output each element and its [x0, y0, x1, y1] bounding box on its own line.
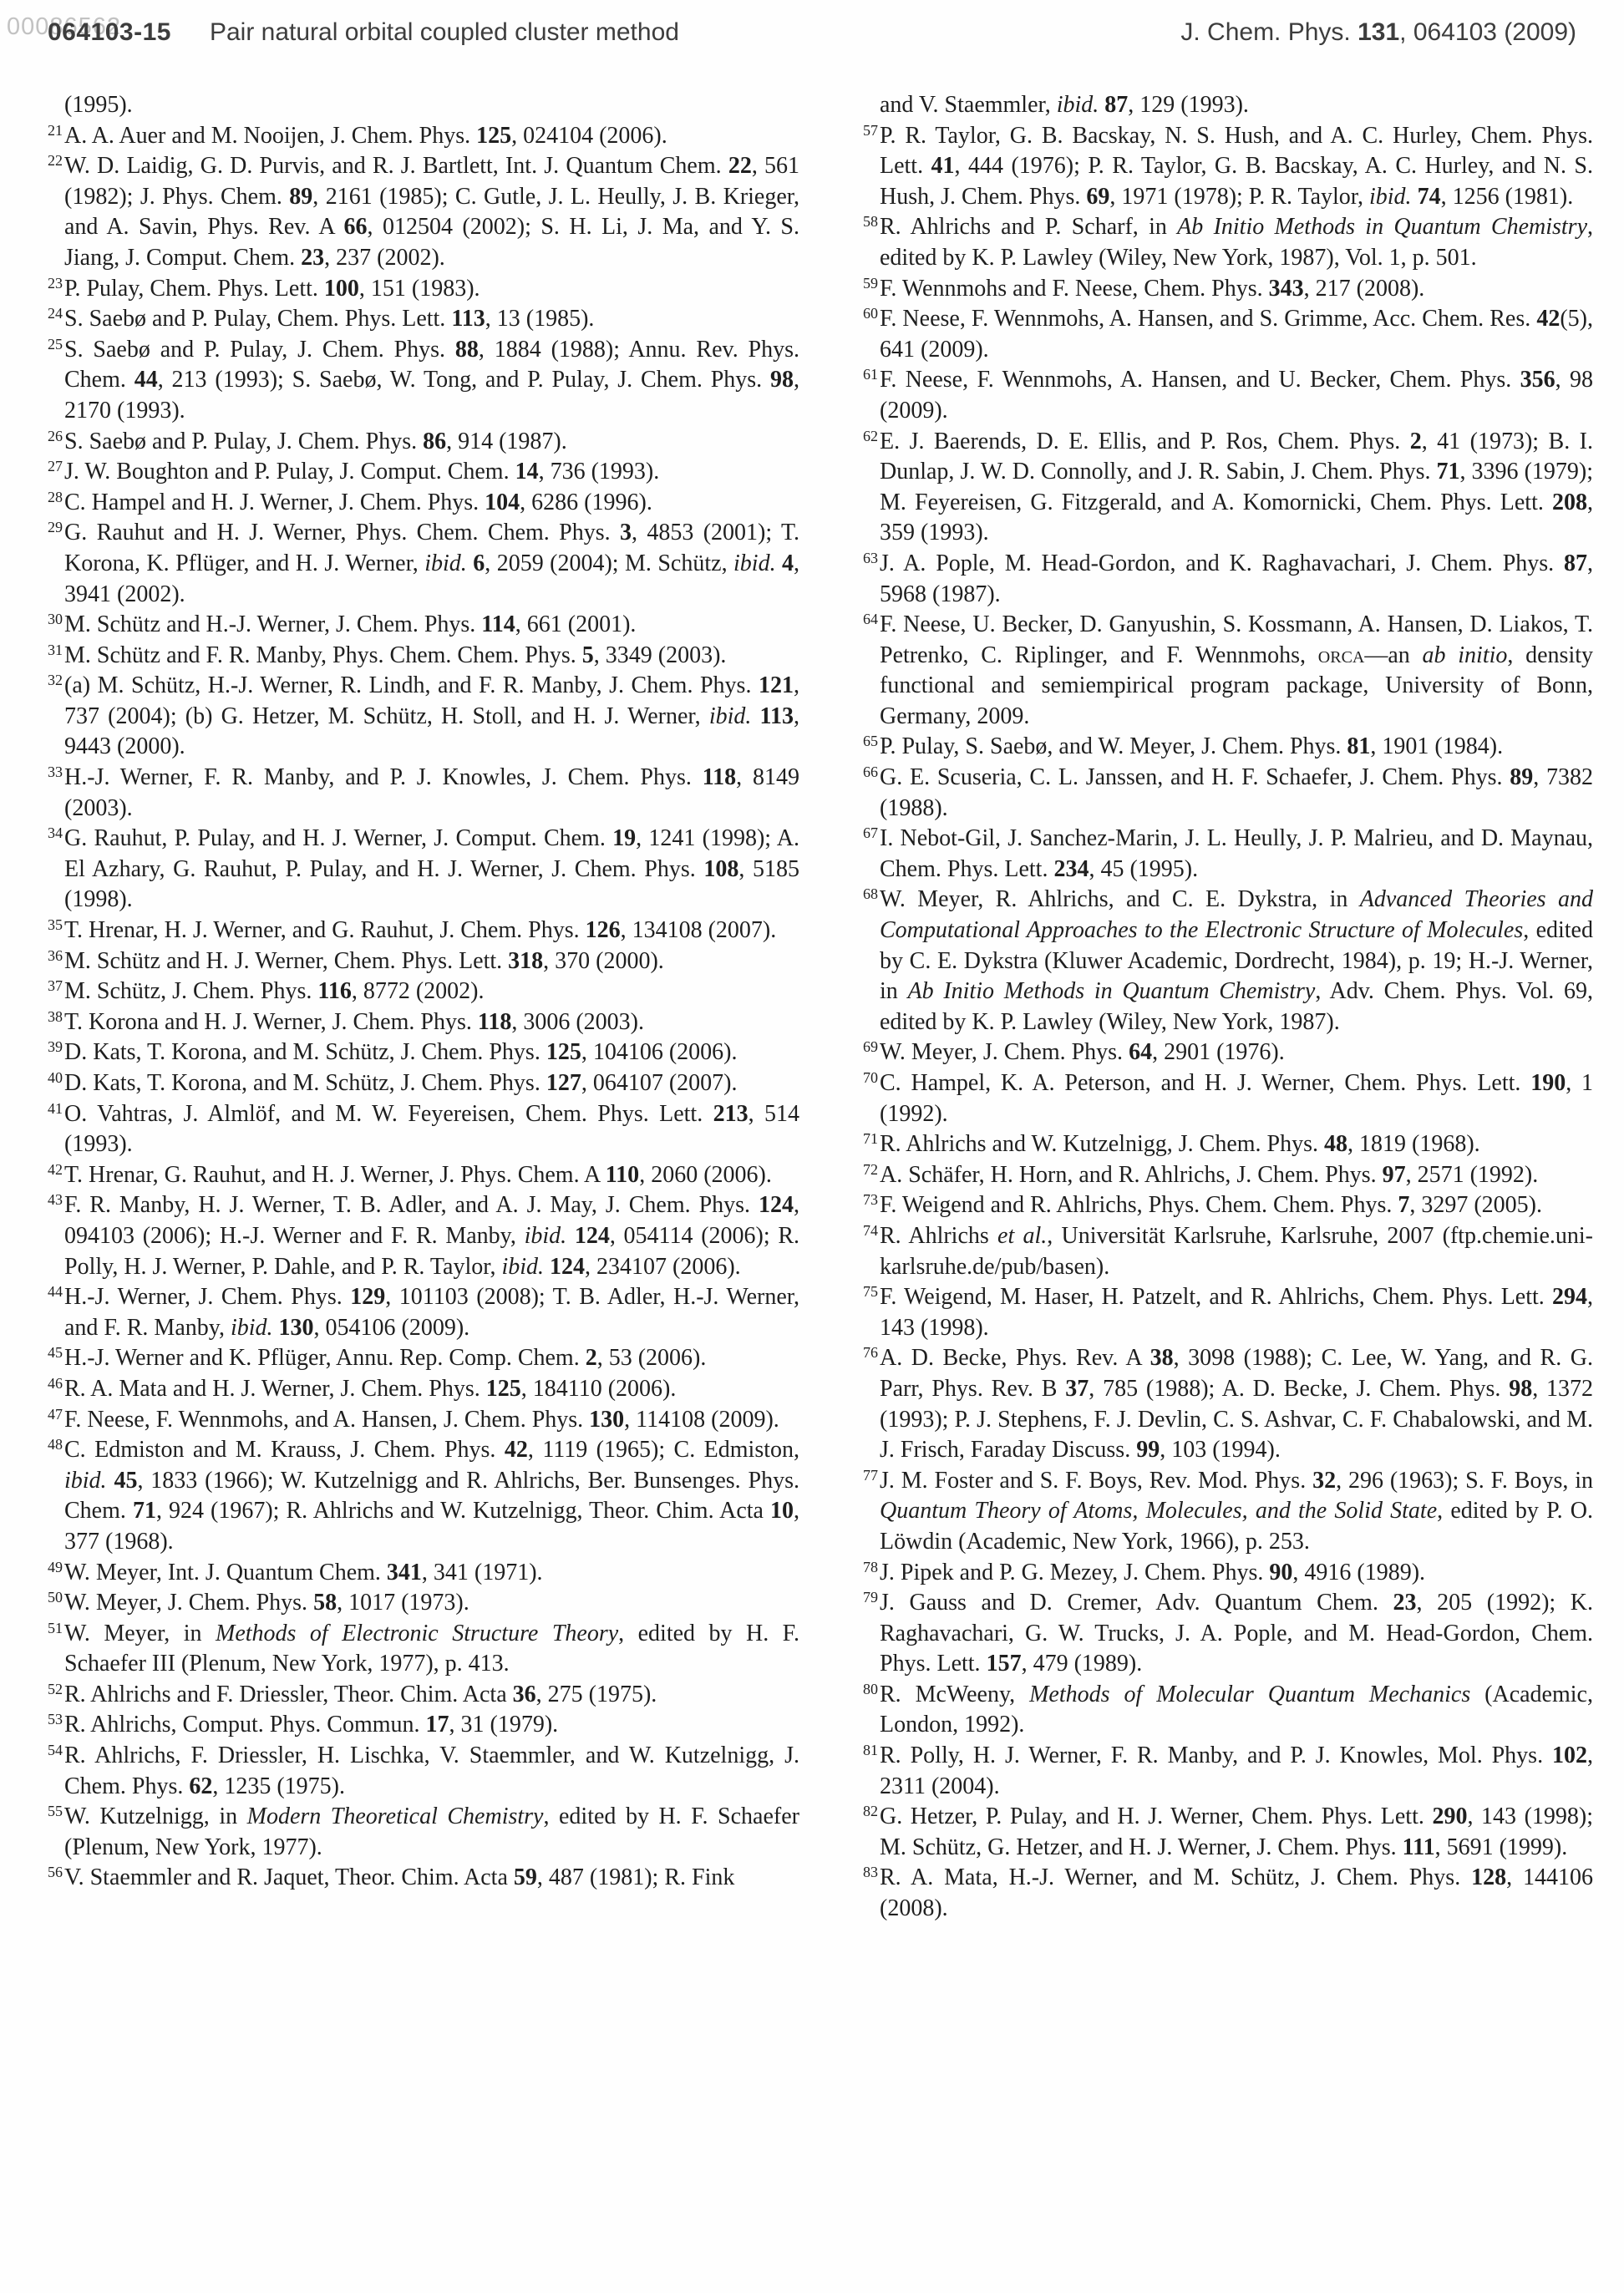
reference-number: 70	[863, 1069, 880, 1086]
references-section: (1995).21A. A. Auer and M. Nooijen, J. C…	[48, 90, 1593, 1925]
reference-item: 22W. D. Laidig, G. D. Purvis, and R. J. …	[48, 151, 799, 273]
reference-number: 46	[48, 1375, 64, 1392]
reference-item: 83R. A. Mata, H.-J. Werner, and M. Schüt…	[863, 1863, 1593, 1924]
reference-number: 52	[48, 1681, 64, 1697]
reference-item: 28C. Hampel and H. J. Werner, J. Chem. P…	[48, 488, 799, 519]
reference-number: 66	[863, 763, 880, 780]
reference-item: 63J. A. Pople, M. Head-Gordon, and K. Ra…	[863, 549, 1593, 610]
reference-item: 76A. D. Becke, Phys. Rev. A 38, 3098 (19…	[863, 1343, 1593, 1465]
reference-number: 60	[863, 305, 880, 322]
reference-number: 74	[863, 1222, 880, 1239]
reference-item: 37M. Schütz, J. Chem. Phys. 116, 8772 (2…	[48, 977, 799, 1007]
reference-number: 58	[863, 213, 880, 230]
reference-number: 83	[863, 1864, 880, 1880]
reference-item: 82G. Hetzer, P. Pulay, and H. J. Werner,…	[863, 1802, 1593, 1863]
reference-item: 55W. Kutzelnigg, in Modern Theoretical C…	[48, 1802, 799, 1863]
reference-number: 67	[863, 824, 880, 841]
reference-number: 59	[863, 275, 880, 292]
reference-item: 80R. McWeeny, Methods of Molecular Quant…	[863, 1680, 1593, 1741]
reference-item: 62E. J. Baerends, D. E. Ellis, and P. Ro…	[863, 427, 1593, 549]
reference-item: 33H.-J. Werner, F. R. Manby, and P. J. K…	[48, 763, 799, 824]
reference-number: 77	[863, 1467, 880, 1484]
reference-item: 44H.-J. Werner, J. Chem. Phys. 129, 1011…	[48, 1282, 799, 1343]
reference-item: 54R. Ahlrichs, F. Driessler, H. Lischka,…	[48, 1741, 799, 1802]
reference-number: 38	[48, 1008, 64, 1025]
reference-number: 42	[48, 1161, 64, 1178]
reference-number: 56	[48, 1864, 64, 1880]
reference-item: 75F. Weigend, M. Haser, H. Patzelt, and …	[863, 1282, 1593, 1343]
reference-item: 71R. Ahlrichs and W. Kutzelnigg, J. Chem…	[863, 1129, 1593, 1160]
reference-number: 64	[863, 611, 880, 627]
reference-item: 59F. Wennmohs and F. Neese, Chem. Phys. …	[863, 274, 1593, 305]
reference-number: 61	[863, 366, 880, 383]
reference-number: 33	[48, 763, 64, 780]
reference-number: 62	[863, 428, 880, 444]
reference-item: 65P. Pulay, S. Saebø, and W. Meyer, J. C…	[863, 732, 1593, 763]
reference-number: 26	[48, 428, 64, 444]
reference-item: 56V. Staemmler and R. Jaquet, Theor. Chi…	[48, 1863, 799, 1894]
reference-item: 30M. Schütz and H.-J. Werner, J. Chem. P…	[48, 610, 799, 641]
page-number-label: 064103-15	[48, 18, 171, 47]
reference-item: 21A. A. Auer and M. Nooijen, J. Chem. Ph…	[48, 121, 799, 152]
reference-item: 52R. Ahlrichs and F. Driessler, Theor. C…	[48, 1680, 799, 1711]
reference-item: 42T. Hrenar, G. Rauhut, and H. J. Werner…	[48, 1160, 799, 1191]
reference-item: 24S. Saebø and P. Pulay, Chem. Phys. Let…	[48, 304, 799, 335]
reference-item: 25S. Saebø and P. Pulay, J. Chem. Phys. …	[48, 335, 799, 427]
reference-number: 25	[48, 336, 64, 353]
reference-number: 80	[863, 1681, 880, 1697]
reference-number: 57	[863, 122, 880, 139]
reference-item: 64F. Neese, U. Becker, D. Ganyushin, S. …	[863, 610, 1593, 732]
reference-item: 29G. Rauhut and H. J. Werner, Phys. Chem…	[48, 518, 799, 610]
reference-item: 31M. Schütz and F. R. Manby, Phys. Chem.…	[48, 641, 799, 672]
reference-number: 44	[48, 1283, 64, 1300]
reference-number: 24	[48, 305, 64, 322]
reference-number: 79	[863, 1589, 880, 1606]
reference-item: 43F. R. Manby, H. J. Werner, T. B. Adler…	[48, 1190, 799, 1282]
reference-item: 26S. Saebø and P. Pulay, J. Chem. Phys. …	[48, 427, 799, 458]
reference-number: 82	[863, 1803, 880, 1819]
reference-item: 70C. Hampel, K. A. Peterson, and H. J. W…	[863, 1068, 1593, 1129]
reference-continuation: and V. Staemmler, ibid. 87, 129 (1993).	[863, 90, 1593, 121]
reference-number: 41	[48, 1100, 64, 1117]
reference-number: 78	[863, 1559, 880, 1575]
reference-number: 31	[48, 642, 64, 658]
reference-number: 65	[863, 733, 880, 749]
reference-item: 69W. Meyer, J. Chem. Phys. 64, 2901 (197…	[863, 1037, 1593, 1068]
reference-item: 23P. Pulay, Chem. Phys. Lett. 100, 151 (…	[48, 274, 799, 305]
reference-number: 28	[48, 489, 64, 505]
reference-number: 54	[48, 1742, 64, 1758]
reference-item: 53R. Ahlrichs, Comput. Phys. Commun. 17,…	[48, 1710, 799, 1741]
reference-number: 39	[48, 1038, 64, 1055]
reference-number: 47	[48, 1406, 64, 1423]
reference-item: 67I. Nebot-Gil, J. Sanchez-Marin, J. L. …	[863, 824, 1593, 885]
journal-citation: J. Chem. Phys. 131, 064103 (2009)	[1180, 18, 1576, 47]
reference-number: 69	[863, 1038, 880, 1055]
reference-number: 21	[48, 122, 64, 139]
reference-number: 34	[48, 824, 64, 841]
reference-number: 37	[48, 977, 64, 994]
reference-number: 23	[48, 275, 64, 292]
reference-item: 72A. Schäfer, H. Horn, and R. Ahlrichs, …	[863, 1160, 1593, 1191]
page-header: 064103-15 Pair natural orbital coupled c…	[48, 18, 1576, 47]
reference-number: 43	[48, 1191, 64, 1208]
reference-item: 48C. Edmiston and M. Krauss, J. Chem. Ph…	[48, 1435, 799, 1557]
reference-item: 77J. M. Foster and S. F. Boys, Rev. Mod.…	[863, 1466, 1593, 1558]
reference-number: 75	[863, 1283, 880, 1300]
reference-number: 68	[863, 885, 880, 902]
reference-number: 35	[48, 916, 64, 933]
reference-item: 34G. Rauhut, P. Pulay, and H. J. Werner,…	[48, 824, 799, 916]
reference-item: 36M. Schütz and H. J. Werner, Chem. Phys…	[48, 946, 799, 977]
reference-item: 68W. Meyer, R. Ahlrichs, and C. E. Dykst…	[863, 885, 1593, 1037]
reference-number: 45	[48, 1344, 64, 1361]
reference-item: 50W. Meyer, J. Chem. Phys. 58, 1017 (197…	[48, 1588, 799, 1619]
running-title: Pair natural orbital coupled cluster met…	[210, 18, 679, 47]
reference-continuation: (1995).	[48, 90, 799, 121]
reference-number: 30	[48, 611, 64, 627]
reference-number: 76	[863, 1344, 880, 1361]
reference-number: 63	[863, 550, 880, 566]
reference-number: 32	[48, 672, 64, 688]
reference-item: 41O. Vahtras, J. Almlöf, and M. W. Feyer…	[48, 1099, 799, 1160]
reference-number: 40	[48, 1069, 64, 1086]
references-column-right: and V. Staemmler, ibid. 87, 129 (1993).5…	[863, 90, 1593, 1925]
reference-number: 36	[48, 947, 64, 964]
reference-item: 47F. Neese, F. Wennmohs, and A. Hansen, …	[48, 1405, 799, 1436]
reference-number: 29	[48, 519, 64, 535]
reference-number: 50	[48, 1589, 64, 1606]
reference-item: 74R. Ahlrichs et al., Universität Karlsr…	[863, 1221, 1593, 1282]
reference-item: 38T. Korona and H. J. Werner, J. Chem. P…	[48, 1007, 799, 1038]
reference-item: 60F. Neese, F. Wennmohs, A. Hansen, and …	[863, 304, 1593, 365]
reference-item: 58R. Ahlrichs and P. Scharf, in Ab Initi…	[863, 212, 1593, 273]
reference-item: 40D. Kats, T. Korona, and M. Schütz, J. …	[48, 1068, 799, 1099]
reference-item: 73F. Weigend and R. Ahlrichs, Phys. Chem…	[863, 1190, 1593, 1221]
reference-item: 78J. Pipek and P. G. Mezey, J. Chem. Phy…	[863, 1558, 1593, 1589]
journal-page: 00086562 064103-15 Pair natural orbital …	[0, 0, 1624, 2293]
reference-number: 71	[863, 1130, 880, 1147]
reference-item: 27J. W. Boughton and P. Pulay, J. Comput…	[48, 457, 799, 488]
reference-item: 79J. Gauss and D. Cremer, Adv. Quantum C…	[863, 1588, 1593, 1680]
reference-item: 81R. Polly, H. J. Werner, F. R. Manby, a…	[863, 1741, 1593, 1802]
reference-number: 53	[48, 1711, 64, 1727]
reference-number: 81	[863, 1742, 880, 1758]
reference-item: 61F. Neese, F. Wennmohs, A. Hansen, and …	[863, 365, 1593, 426]
reference-number: 49	[48, 1559, 64, 1575]
reference-item: 32(a) M. Schütz, H.-J. Werner, R. Lindh,…	[48, 671, 799, 763]
reference-item: 66G. E. Scuseria, C. L. Janssen, and H. …	[863, 763, 1593, 824]
reference-number: 72	[863, 1161, 880, 1178]
reference-item: 46R. A. Mata and H. J. Werner, J. Chem. …	[48, 1374, 799, 1405]
reference-item: 35T. Hrenar, H. J. Werner, and G. Rauhut…	[48, 916, 799, 946]
reference-number: 22	[48, 152, 64, 169]
references-column-left: (1995).21A. A. Auer and M. Nooijen, J. C…	[48, 90, 799, 1925]
reference-number: 48	[48, 1436, 64, 1453]
reference-item: 39D. Kats, T. Korona, and M. Schütz, J. …	[48, 1037, 799, 1068]
reference-item: 49W. Meyer, Int. J. Quantum Chem. 341, 3…	[48, 1558, 799, 1589]
reference-number: 73	[863, 1191, 880, 1208]
reference-item: 45H.-J. Werner and K. Pflüger, Annu. Rep…	[48, 1343, 799, 1374]
reference-number: 55	[48, 1803, 64, 1819]
reference-item: 57P. R. Taylor, G. B. Bacskay, N. S. Hus…	[863, 121, 1593, 213]
reference-number: 27	[48, 458, 64, 474]
reference-item: 51W. Meyer, in Methods of Electronic Str…	[48, 1619, 799, 1680]
reference-number: 51	[48, 1620, 64, 1636]
